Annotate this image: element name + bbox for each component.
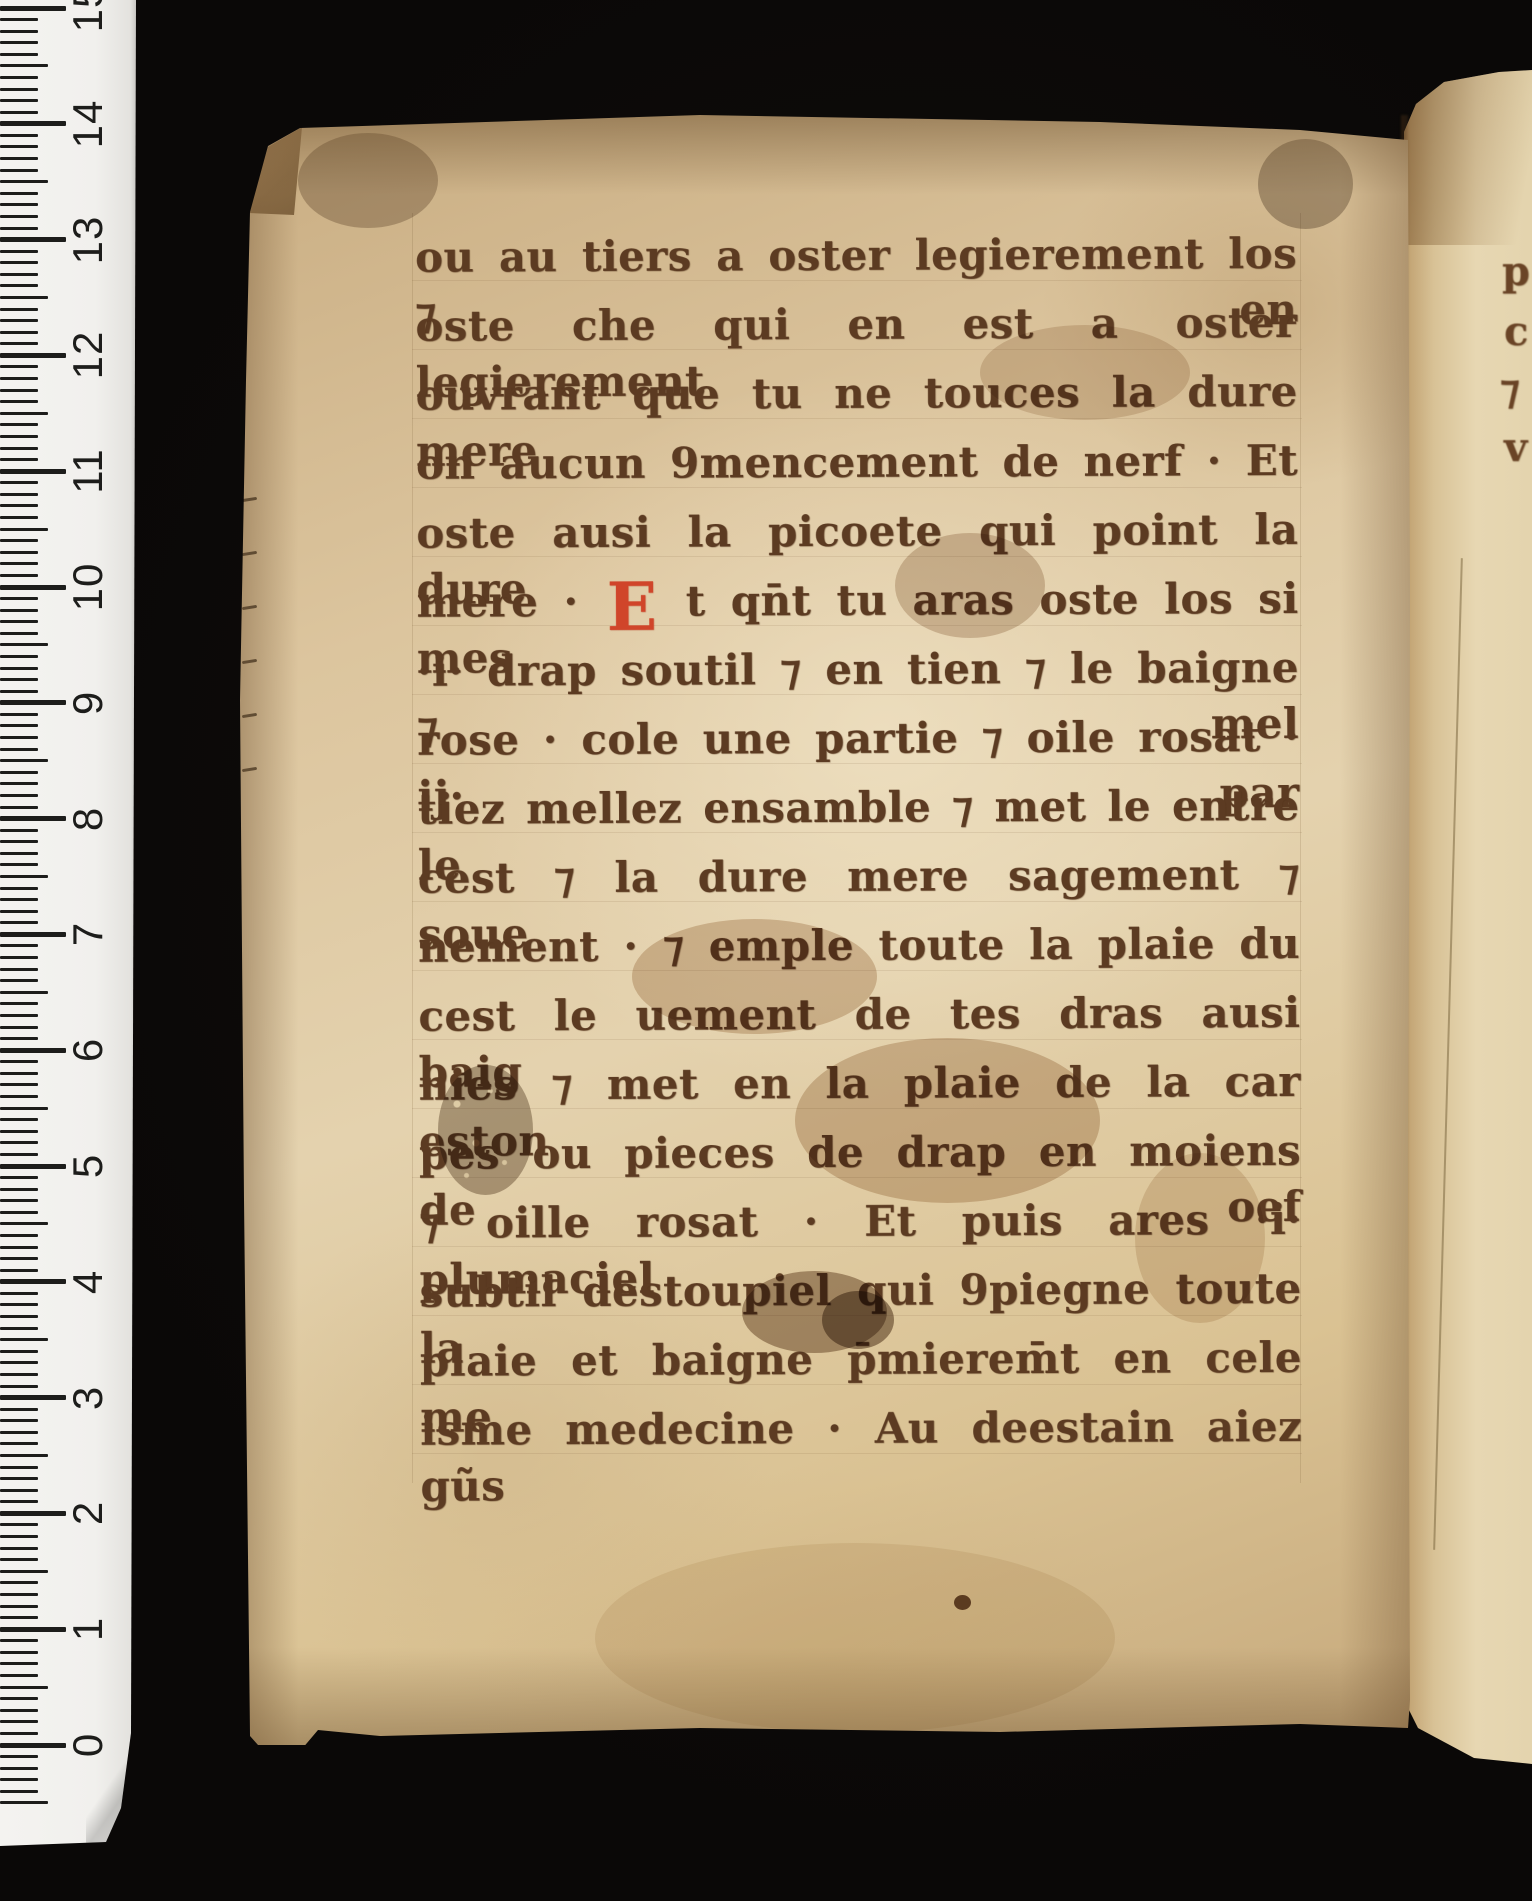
ruler-tick xyxy=(0,435,38,438)
ruler-tick xyxy=(0,1048,66,1053)
ruler-tick xyxy=(0,1130,38,1133)
ruler-tick xyxy=(0,1616,38,1619)
ruler-number: 9 xyxy=(64,691,112,715)
ruler-tick xyxy=(0,1222,48,1225)
manuscript-line: plaie et baigne p̄mierem̄t en cele me xyxy=(420,1330,1302,1392)
ruler-tick xyxy=(0,1767,38,1770)
ruler-tick xyxy=(0,1350,38,1353)
ruler-tick xyxy=(0,145,38,148)
ruler-tick xyxy=(0,203,38,206)
ruler-tick xyxy=(0,863,38,866)
ruler-number: 7 xyxy=(64,922,112,946)
ruler-tick xyxy=(0,1466,38,1469)
ruler-tick xyxy=(0,1292,38,1295)
ruler-tick xyxy=(0,609,38,612)
ruler-tick xyxy=(0,655,38,658)
ruler-tick xyxy=(0,806,38,809)
ruler-tick xyxy=(0,412,48,415)
ruler-tick xyxy=(0,1373,38,1376)
ruler-tick xyxy=(0,1315,38,1318)
ruler-tick xyxy=(0,76,38,79)
ruler-tick xyxy=(0,1489,38,1492)
ruler-tick xyxy=(0,319,38,322)
ruler-tick xyxy=(0,1547,38,1550)
ruler-tick xyxy=(0,516,38,519)
ruler-tick xyxy=(0,968,38,971)
manuscript-line: mere · E t qn̄t tu aras oste los si mes xyxy=(416,571,1298,633)
ruler-tick xyxy=(0,539,38,542)
ruler-tick xyxy=(0,215,38,218)
manuscript-line: oste ausi la picoete qui point la dure xyxy=(416,502,1298,564)
ruler-number: 8 xyxy=(64,806,112,830)
ruler-tick xyxy=(0,1269,38,1272)
ink-text: isme medecine · Au deestain aiez gũs xyxy=(420,1402,1302,1511)
ruler-tick xyxy=(0,1523,38,1526)
ruler-tick xyxy=(0,6,66,11)
ruler-tick xyxy=(0,528,48,531)
ruler-tick xyxy=(0,678,38,681)
ruler-corner-fold xyxy=(86,1752,134,1844)
ruler-tick xyxy=(0,1709,38,1712)
ruler-tick xyxy=(0,365,38,368)
ruler-tick xyxy=(0,458,38,461)
ruler-tick xyxy=(0,1511,66,1516)
ruler-tick xyxy=(0,1639,38,1642)
ruler-number: 10 xyxy=(64,563,112,612)
ruler-tick xyxy=(0,1558,38,1561)
manuscript-line: ⁊ oille rosat · Et puis ares ·i· plumaci… xyxy=(419,1192,1301,1254)
ruler-tick xyxy=(0,180,48,183)
ruler-tick xyxy=(0,898,38,901)
ruler-tick xyxy=(0,481,38,484)
ruler-tick xyxy=(0,574,38,577)
ruler-tick xyxy=(0,1095,38,1098)
ruler-tick xyxy=(0,250,38,253)
ruler-tick xyxy=(0,389,38,392)
ruler-number: 12 xyxy=(64,331,112,380)
ruler-tick xyxy=(0,724,38,727)
ink-text: nement · ⁊ emple toute la plaie du xyxy=(418,919,1300,972)
ruler-tick xyxy=(0,1720,38,1723)
ruler-tick xyxy=(0,643,48,646)
ruler-tick xyxy=(0,1327,38,1330)
ruler-tick xyxy=(0,1419,38,1422)
ruler-tick xyxy=(0,1164,66,1169)
ruler-tick xyxy=(0,1037,38,1040)
ruler-tick xyxy=(0,1279,66,1284)
ruler-number: 6 xyxy=(64,1038,112,1062)
ruler-tick xyxy=(0,840,38,843)
ink-text: on aucun 9mencement de nerf · Et xyxy=(416,436,1298,489)
ruler-tick xyxy=(0,237,66,242)
ruler-tick xyxy=(0,1072,38,1075)
ruler-tick xyxy=(0,273,38,276)
ruler-number: 13 xyxy=(64,215,112,264)
ruler-tick xyxy=(0,1361,38,1364)
ruler-tick xyxy=(0,620,38,623)
ruler-tick xyxy=(0,504,38,507)
ruler-tick xyxy=(0,1593,38,1596)
ruler-tick xyxy=(0,979,38,982)
ruler-tick xyxy=(0,1026,38,1029)
ruler-tick xyxy=(0,1801,48,1804)
ruler-tick xyxy=(0,1581,38,1584)
ruler-tick xyxy=(0,1686,48,1689)
manuscript-page: ou au tiers a oster legierement los ⁊ en… xyxy=(240,113,1410,1745)
ruler-tick xyxy=(0,932,66,937)
ruler-tick xyxy=(0,713,38,716)
ruler-tick xyxy=(0,585,66,590)
ruler-tick xyxy=(0,284,38,287)
red-initial: E xyxy=(604,568,661,646)
manuscript-line: on aucun 9mencement de nerf · Et xyxy=(416,433,1298,495)
manuscript-line: nies ⁊ met en la plaie de la car eston xyxy=(419,1054,1301,1116)
ruler-tick xyxy=(0,1141,38,1144)
ruler-tick xyxy=(0,829,38,832)
ruler-tick xyxy=(0,667,38,670)
manuscript-line: subtil destoupiel qui 9piegne toute la xyxy=(419,1261,1301,1323)
ruler-tick xyxy=(0,944,38,947)
ruler-tick xyxy=(0,597,38,600)
ruler-number: 15 xyxy=(64,0,112,32)
ruler-tick xyxy=(0,736,38,739)
ruler-tick xyxy=(0,469,66,474)
ruler-tick xyxy=(0,852,38,855)
photo-background: 1514131211109876543210 p c ⁊ v ou au tie… xyxy=(0,0,1532,1901)
ruler-tick xyxy=(0,1257,38,1260)
ruler-tick xyxy=(0,53,38,56)
ruler-tick xyxy=(0,956,38,959)
ruler-tick xyxy=(0,1002,38,1005)
ruler-tick xyxy=(0,1431,38,1434)
ruler-tick xyxy=(0,562,38,565)
ruler-tick xyxy=(0,551,38,554)
ruler-tick xyxy=(0,1338,48,1341)
ruler-tick xyxy=(0,377,38,380)
ruler-tick xyxy=(0,700,66,705)
ruler-tick xyxy=(0,157,38,160)
ruler-number: 0 xyxy=(64,1733,112,1757)
ink-text: mere · xyxy=(416,577,578,627)
manuscript-line: ou au tiers a oster legierement los ⁊ en xyxy=(415,226,1297,288)
manuscript-line: oste che qui en est a oster legierement xyxy=(415,295,1297,357)
ruler-tick xyxy=(0,1442,38,1445)
manuscript-line: isme medecine · Au deestain aiez gũs xyxy=(420,1399,1302,1461)
ruler-tick xyxy=(0,1477,38,1480)
ruler-tick xyxy=(0,1234,38,1237)
manuscript-line: cest ⁊ la dure mere sagement ⁊ soue xyxy=(418,847,1300,909)
ruler-tick xyxy=(0,1211,38,1214)
ruler-tick xyxy=(0,64,48,67)
ruler-tick xyxy=(0,991,48,994)
manuscript-line: ouvrant que tu ne touces la dure mere xyxy=(416,364,1298,426)
ruler-tick xyxy=(0,1570,48,1573)
ruler-tick xyxy=(0,1107,48,1110)
ruler-tick xyxy=(0,1303,38,1306)
ruler-tick xyxy=(0,816,66,821)
ruler: 1514131211109876543210 xyxy=(0,0,136,1860)
ruler-tick xyxy=(0,1697,38,1700)
ruler-tick xyxy=(0,690,38,693)
ruler-tick xyxy=(0,632,38,635)
ruler-tick xyxy=(0,1778,38,1781)
ruler-tick xyxy=(0,1755,38,1758)
ruler-tick xyxy=(0,782,38,785)
ruler-tick xyxy=(0,794,38,797)
fragment-letter: c xyxy=(1504,308,1528,355)
ruler-tick xyxy=(0,342,38,345)
ruler-tick xyxy=(0,1408,38,1411)
ruler-number: 14 xyxy=(64,99,112,148)
fragment-letter: p xyxy=(1502,248,1530,295)
ruler-tick xyxy=(0,1732,38,1735)
ruler-tick xyxy=(0,1176,38,1179)
ruler-tick xyxy=(0,1395,66,1400)
ruler-tick xyxy=(0,30,38,33)
ruler-tick xyxy=(0,1014,38,1017)
ruler-number: 1 xyxy=(64,1617,112,1641)
manuscript-line: nement · ⁊ emple toute la plaie du xyxy=(418,916,1300,978)
manuscript-line: cest le uement de tes dras ausi baig xyxy=(418,985,1300,1047)
ruler-tick xyxy=(0,1535,38,1538)
ruler-tick xyxy=(0,1199,38,1202)
ruler-tick xyxy=(0,1153,38,1156)
ruler-tick xyxy=(0,447,38,450)
ruler-tick xyxy=(0,99,38,102)
ruler-tick xyxy=(0,353,66,358)
ruler-tick xyxy=(0,1743,66,1748)
fragment-letter: ⁊ xyxy=(1500,366,1520,413)
ruler-tick xyxy=(0,887,38,890)
ruler-tick xyxy=(0,1651,38,1654)
ruler-number: 2 xyxy=(64,1501,112,1525)
ruler-tick xyxy=(0,296,48,299)
ruler-tick xyxy=(0,1790,38,1793)
ruler-tick xyxy=(0,1627,66,1632)
manuscript-line: tiez mellez ensamble ⁊ met le entre le xyxy=(417,778,1299,840)
ruler-tick xyxy=(0,1188,38,1191)
ruler-tick xyxy=(0,1118,38,1121)
ruler-tick xyxy=(0,121,66,126)
ruler-tick xyxy=(0,1385,38,1388)
manuscript-line: ·i· drap soutil ⁊ en tien ⁊ le baigne ⁊ … xyxy=(417,640,1299,702)
ruler-tick xyxy=(0,1246,38,1249)
ruler-tick xyxy=(0,18,38,21)
ruler-tick xyxy=(0,493,38,496)
ruler-tick xyxy=(0,875,48,878)
ruler-tick xyxy=(0,1662,38,1665)
ruler-tick xyxy=(0,41,38,44)
ruler-tick xyxy=(0,921,38,924)
fragment-letter: v xyxy=(1504,424,1527,471)
ruler-tick xyxy=(0,1500,38,1503)
ruler-tick xyxy=(0,910,38,913)
ruler-tick xyxy=(0,748,38,751)
ruler-number: 3 xyxy=(64,1385,112,1409)
ruler-tick xyxy=(0,1674,38,1677)
ruler-tick xyxy=(0,261,38,264)
ruler-tick xyxy=(0,331,38,334)
manuscript-text-block: ou au tiers a oster legierement los ⁊ en… xyxy=(236,110,1413,1747)
ruler-number: 4 xyxy=(64,1270,112,1294)
ruler-number: 5 xyxy=(64,1154,112,1178)
ruler-tick xyxy=(0,1060,38,1063)
ruler-tick xyxy=(0,88,38,91)
ruler-tick xyxy=(0,1605,38,1608)
ruler-tick xyxy=(0,308,38,311)
ruler-tick xyxy=(0,192,38,195)
ruler-tick xyxy=(0,1454,48,1457)
ruler-tick xyxy=(0,400,38,403)
ruler-tick xyxy=(0,111,38,114)
ruler-tick xyxy=(0,759,48,762)
ruler-tick xyxy=(0,227,38,230)
ruler-tick xyxy=(0,1083,38,1086)
ruler-tick xyxy=(0,169,38,172)
ruler-tick xyxy=(0,771,38,774)
manuscript-line: pes ou pieces de drap en moiens de oef xyxy=(419,1123,1301,1185)
manuscript-line: rose · cole une partie ⁊ oile rosat · ij… xyxy=(417,709,1299,771)
ruler-number: 11 xyxy=(64,448,112,494)
ruler-tick xyxy=(0,423,38,426)
ruler-tick xyxy=(0,134,38,137)
